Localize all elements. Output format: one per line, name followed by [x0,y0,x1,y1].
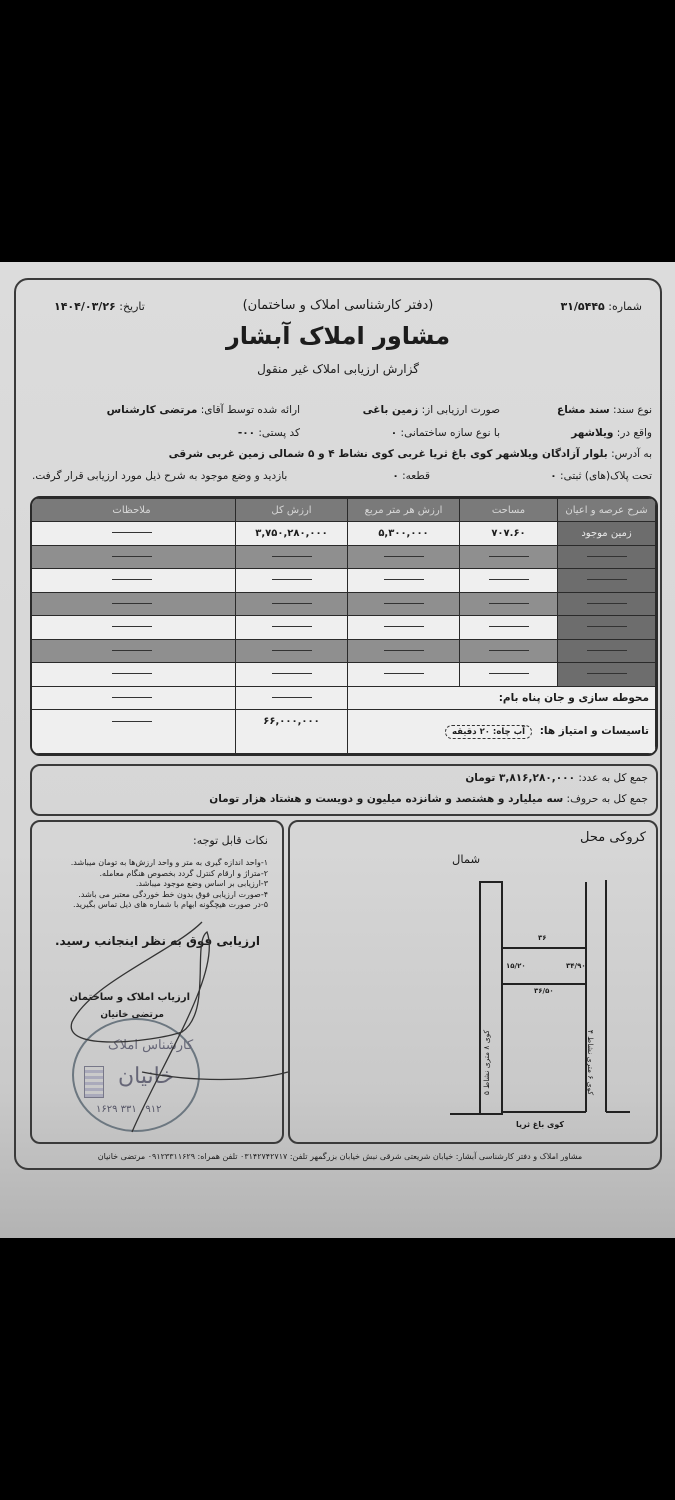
note-item: ۱-واحد اندازه گیری به متر و واحد ارزش‌ها… [71,858,268,869]
cell-notes [30,522,236,546]
facilities-row: تاسیسات و امتیاز ها: آب چاه: ۲۰ دقیقه ۶۶… [30,710,656,754]
table-row [30,663,656,687]
landscaping-row: محوطه سازی و جان پناه بام: [30,686,656,710]
cell-area [460,616,558,640]
structure-label: با نوع سازه ساختمانی: [401,427,500,439]
dim-bottom: ۳۶/۵۰ [534,987,554,995]
notes-box: نکات قابل توجه: ۱-واحد اندازه گیری به مت… [30,820,284,1144]
landscaping-label: محوطه سازی و جان پناه بام: [348,686,656,710]
dim-left: ۱۵/۲۰ [506,962,526,970]
cell-description [558,592,656,616]
note-item: ۴-صورت ارزیابی فوق بدون خط خوردگی معتبر … [71,890,268,901]
total-words: جمع کل به حروف: سه میلیارد و هشتصد و شان… [209,793,648,805]
cell-description: زمین موجود [558,522,656,546]
document-photo: شماره: ۳۱/۵۴۴۵ (دفتر کارشناسی املاک و سا… [0,262,675,1238]
cell-unit-price [348,545,460,569]
parcel: قطعه: ۰ [392,470,430,482]
report-subtitle: گزارش ارزیابی املاک غیر منقول [16,362,660,376]
agency-title: مشاور املاک آبشار [16,322,660,350]
total-words-label: جمع کل به حروف: [567,793,648,805]
header-unit-price: ارزش هر متر مربع [348,499,460,522]
date-value: ۱۴۰۴/۰۳/۲۶ [54,300,116,313]
cell-total-value [236,545,348,569]
street-left-label: کوی ۸ متری نشاط ۵ [482,1030,491,1095]
cell-description [558,639,656,663]
cell-description [558,545,656,569]
cell-notes [30,616,236,640]
cell-total-value: ۳,۷۵۰,۲۸۰,۰۰۰ [236,522,348,546]
appraisal-of: صورت ارزیابی از: زمین باغی [363,404,500,416]
located-value: ویلاشهر [571,427,613,439]
cell-notes [30,663,236,687]
structure-value: ۰ [391,427,397,439]
cell-notes [30,592,236,616]
cell-area [460,592,558,616]
postal-label: کد پستی: [258,427,300,439]
cell-notes [30,639,236,663]
header-total-value: ارزش کل [236,499,348,522]
dim-right: ۳۴/۹۰ [566,962,586,970]
dim-top: ۳۶ [538,934,547,942]
date-label: تاریخ: [119,300,145,313]
cell-unit-price [348,569,460,593]
cell-total-value [236,569,348,593]
cell-unit-price: ۵,۳۰۰,۰۰۰ [348,522,460,546]
street-right-label: کوی ۶ متری نشاط ۴ [586,1030,595,1095]
presented-by: ارائه شده توسط آقای: مرتضی کارشناس [107,404,300,416]
total-numeric-label: جمع کل به عدد: [578,772,648,784]
cell-total-value [236,592,348,616]
address-label: به آدرس: [611,448,652,460]
signature [32,912,292,1152]
table-row [30,616,656,640]
notes-title: نکات قابل توجه: [193,834,268,847]
table-row: زمین موجود ۷۰۷.۶۰ ۵,۳۰۰,۰۰۰ ۳,۷۵۰,۲۸۰,۰۰… [30,522,656,546]
cell-area [460,569,558,593]
presented-by-label: ارائه شده توسط آقای: [201,404,300,416]
landscaping-notes [30,686,236,710]
plot-sketch-drawing [290,822,656,1142]
facilities-notes [30,710,236,754]
total-numeric: جمع کل به عدد: ۳,۸۱۶,۲۸۰,۰۰۰ تومان [465,772,648,784]
valuation-table: شرح عرصه و اعیان مساحت ارزش هر متر مربع … [30,496,658,756]
cell-unit-price [348,616,460,640]
parcel-value: ۰ [392,470,398,482]
table-row [30,592,656,616]
cell-unit-price [348,592,460,616]
header-area: مساحت [460,499,558,522]
footer-contact: مشاور املاک و دفتر کارشناسی آبشار: خیابا… [20,1146,660,1168]
notes-list: ۱-واحد اندازه گیری به متر و واحد ارزش‌ها… [71,858,268,911]
appraisal-of-label: صورت ارزیابی از: [422,404,500,416]
cell-total-value [236,663,348,687]
table-row [30,545,656,569]
total-words-value: سه میلیارد و هشتصد و شانزده میلیون و دوی… [209,793,563,805]
address: به آدرس: بلوار آزادگان ویلاشهر کوی باغ ث… [169,448,652,460]
cell-area [460,545,558,569]
located-in: واقع در: ویلاشهر [571,427,652,439]
cell-unit-price [348,639,460,663]
note-item: ۲-متراژ و ارقام کنترل گردد بخصوص هنگام م… [71,869,268,880]
appraisal-form: شماره: ۳۱/۵۴۴۵ (دفتر کارشناسی املاک و سا… [14,278,662,1170]
table-row [30,639,656,663]
header-notes: ملاحظات [30,499,236,522]
landscaping-total [236,686,348,710]
cell-notes [30,569,236,593]
cell-area [460,663,558,687]
plaque-value: ۰ [550,470,556,482]
cell-area: ۷۰۷.۶۰ [460,522,558,546]
cell-total-value [236,639,348,663]
street-bottom-label: کوی باغ ثریا [516,1120,564,1129]
cell-unit-price [348,663,460,687]
table-header: شرح عرصه و اعیان مساحت ارزش هر متر مربع … [30,499,656,522]
cell-area [460,639,558,663]
appraisal-of-value: زمین باغی [363,404,419,416]
cell-total-value [236,616,348,640]
location-sketch: کروکی محل شمال ۳۶ ۱۵/۲۰ [288,820,658,1144]
plaque-label: تحت پلاک(های) ثبتی: [560,470,652,482]
cell-notes [30,545,236,569]
visit-statement: بازدید و وضع موجود به شرح ذیل مورد ارزیا… [32,470,287,482]
structure-type: با نوع سازه ساختمانی: ۰ [391,427,500,439]
presented-by-value: مرتضی کارشناس [107,404,198,416]
doc-type: نوع سند: سند مشاع [557,404,652,416]
doc-date: تاریخ: ۱۴۰۴/۰۳/۲۶ [54,300,145,313]
doc-type-value: سند مشاع [557,404,610,416]
facilities-label: تاسیسات و امتیاز ها: [540,725,649,737]
facilities-cell: تاسیسات و امتیاز ها: آب چاه: ۲۰ دقیقه [348,710,656,754]
note-item: ۳-ارزیابی بر اساس وضع موجود میباشد. [71,879,268,890]
postal-value: ۰۰- [238,427,255,439]
table-row [30,569,656,593]
cell-description [558,616,656,640]
located-label: واقع در: [617,427,652,439]
cell-description [558,569,656,593]
totals-box: جمع کل به عدد: ۳,۸۱۶,۲۸۰,۰۰۰ تومان جمع ک… [30,764,658,816]
cell-description [558,663,656,687]
total-numeric-value: ۳,۸۱۶,۲۸۰,۰۰۰ تومان [465,772,575,784]
postal-code: کد پستی: ۰۰- [238,427,300,439]
well-water-badge: آب چاه: ۲۰ دقیقه [445,725,532,739]
registration-plaque: تحت پلاک(های) ثبتی: ۰ [550,470,652,482]
doc-type-label: نوع سند: [613,404,652,416]
facilities-total: ۶۶,۰۰۰,۰۰۰ [236,710,348,754]
parcel-label: قطعه: [402,470,430,482]
address-value: بلوار آزادگان ویلاشهر کوی باغ ثریا غربی … [169,448,608,460]
note-item: ۵-در صورت هیچگونه ابهام با شماره های ذیل… [71,900,268,911]
header-description: شرح عرصه و اعیان [558,499,656,522]
